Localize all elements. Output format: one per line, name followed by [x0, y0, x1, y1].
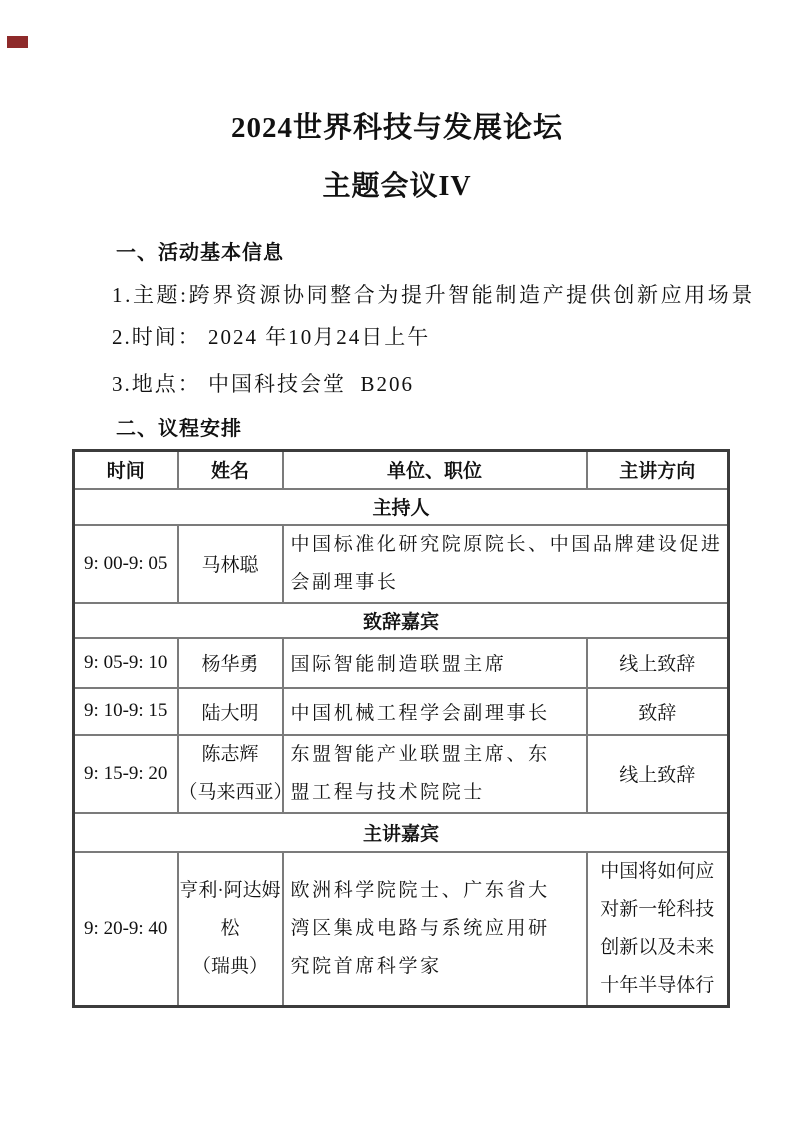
section-heading-agenda: 二、议程安排: [116, 412, 242, 441]
table-row-guest-3: 9: 15-9: 20 陈志辉 （马来西亚） 东盟智能产业联盟主席、东 盟工程与…: [74, 735, 729, 813]
agenda-table: 时间 姓名 单位、职位 主讲方向 主持人 9: 00-9: 05 马林聪 中国标…: [72, 449, 730, 1008]
header-org: 单位、职位: [283, 451, 587, 489]
header-time: 时间: [74, 451, 178, 489]
name-cell: 陈志辉 （马来西亚）: [178, 735, 283, 813]
topic-cell: 中国将如何应 对新一轮科技 创新以及未来 十年半导体行: [587, 852, 729, 1007]
info-item-time: 2.时间： 2024 年10月24日上午: [112, 321, 430, 351]
name-line: 陈志辉: [179, 736, 282, 774]
corner-mark: [7, 36, 28, 48]
org-line: 中国标准化研究院原院长、中国品牌建设促进: [291, 526, 728, 564]
time-cell: 9: 20-9: 40: [74, 852, 178, 1007]
topic-line: 中国将如何应: [588, 853, 728, 891]
info-item-venue: 3.地点： 中国科技会堂 B206: [112, 368, 414, 398]
header-name: 姓名: [178, 451, 283, 489]
table-row-host: 9: 00-9: 05 马林聪 中国标准化研究院原院长、中国品牌建设促进 会副理…: [74, 525, 729, 603]
document-page: { "page": { "title": "2024世界科技与发展论坛", "s…: [0, 0, 794, 1123]
topic-cell: 致辞: [587, 688, 729, 735]
org-cell: 欧洲科学院院士、广东省大 湾区集成电路与系统应用研 究院首席科学家: [283, 852, 587, 1007]
topic-line: 十年半导体行: [588, 967, 728, 1005]
section-heading-basic-info: 一、活动基本信息: [116, 236, 284, 265]
org-cell: 中国标准化研究院原院长、中国品牌建设促进 会副理事长: [283, 525, 729, 603]
time-cell: 9: 05-9: 10: [74, 638, 178, 688]
group-row-speech-guests: 致辞嘉宾: [74, 603, 729, 638]
org-line: 东盟智能产业联盟主席、东: [291, 736, 586, 774]
org-line: 会副理事长: [291, 564, 728, 602]
name-cell: 陆大明: [178, 688, 283, 735]
table-row-keynote-1: 9: 20-9: 40 亨利·阿达姆 松 （瑞典） 欧洲科学院院士、广东省大 湾…: [74, 852, 729, 1007]
org-cell: 中国机械工程学会副理事长: [283, 688, 587, 735]
name-cell: 杨华勇: [178, 638, 283, 688]
topic-cell: 线上致辞: [587, 735, 729, 813]
group-row-keynote-guests: 主讲嘉宾: [74, 813, 729, 852]
group-label-keynote-guests: 主讲嘉宾: [74, 813, 729, 852]
topic-cell: 线上致辞: [587, 638, 729, 688]
name-cell: 马林聪: [178, 525, 283, 603]
name-line: 松: [179, 910, 282, 948]
org-line: 欧洲科学院院士、广东省大: [291, 872, 586, 910]
org-cell: 国际智能制造联盟主席: [283, 638, 587, 688]
doc-subtitle: 主题会议IV: [0, 164, 794, 204]
name-line: 亨利·阿达姆: [179, 872, 282, 910]
doc-title: 2024世界科技与发展论坛: [0, 105, 794, 146]
org-cell: 东盟智能产业联盟主席、东 盟工程与技术院院士: [283, 735, 587, 813]
name-line: （瑞典）: [179, 948, 282, 986]
table-row-guest-2: 9: 10-9: 15 陆大明 中国机械工程学会副理事长 致辞: [74, 688, 729, 735]
group-label-speech-guests: 致辞嘉宾: [74, 603, 729, 638]
org-line: 湾区集成电路与系统应用研: [291, 910, 586, 948]
topic-line: 对新一轮科技: [588, 891, 728, 929]
group-label-host: 主持人: [74, 489, 729, 525]
org-line: 盟工程与技术院院士: [291, 774, 586, 812]
header-topic: 主讲方向: [587, 451, 729, 489]
org-line: 究院首席科学家: [291, 948, 586, 986]
time-cell: 9: 00-9: 05: [74, 525, 178, 603]
time-cell: 9: 10-9: 15: [74, 688, 178, 735]
topic-line: 创新以及未来: [588, 929, 728, 967]
group-row-host: 主持人: [74, 489, 729, 525]
name-line: （马来西亚）: [179, 774, 282, 812]
name-cell: 亨利·阿达姆 松 （瑞典）: [178, 852, 283, 1007]
table-row-guest-1: 9: 05-9: 10 杨华勇 国际智能制造联盟主席 线上致辞: [74, 638, 729, 688]
time-cell: 9: 15-9: 20: [74, 735, 178, 813]
table-header-row: 时间 姓名 单位、职位 主讲方向: [74, 451, 729, 489]
info-item-topic: 1.主题:跨界资源协同整合为提升智能制造产提供创新应用场景: [112, 279, 755, 309]
